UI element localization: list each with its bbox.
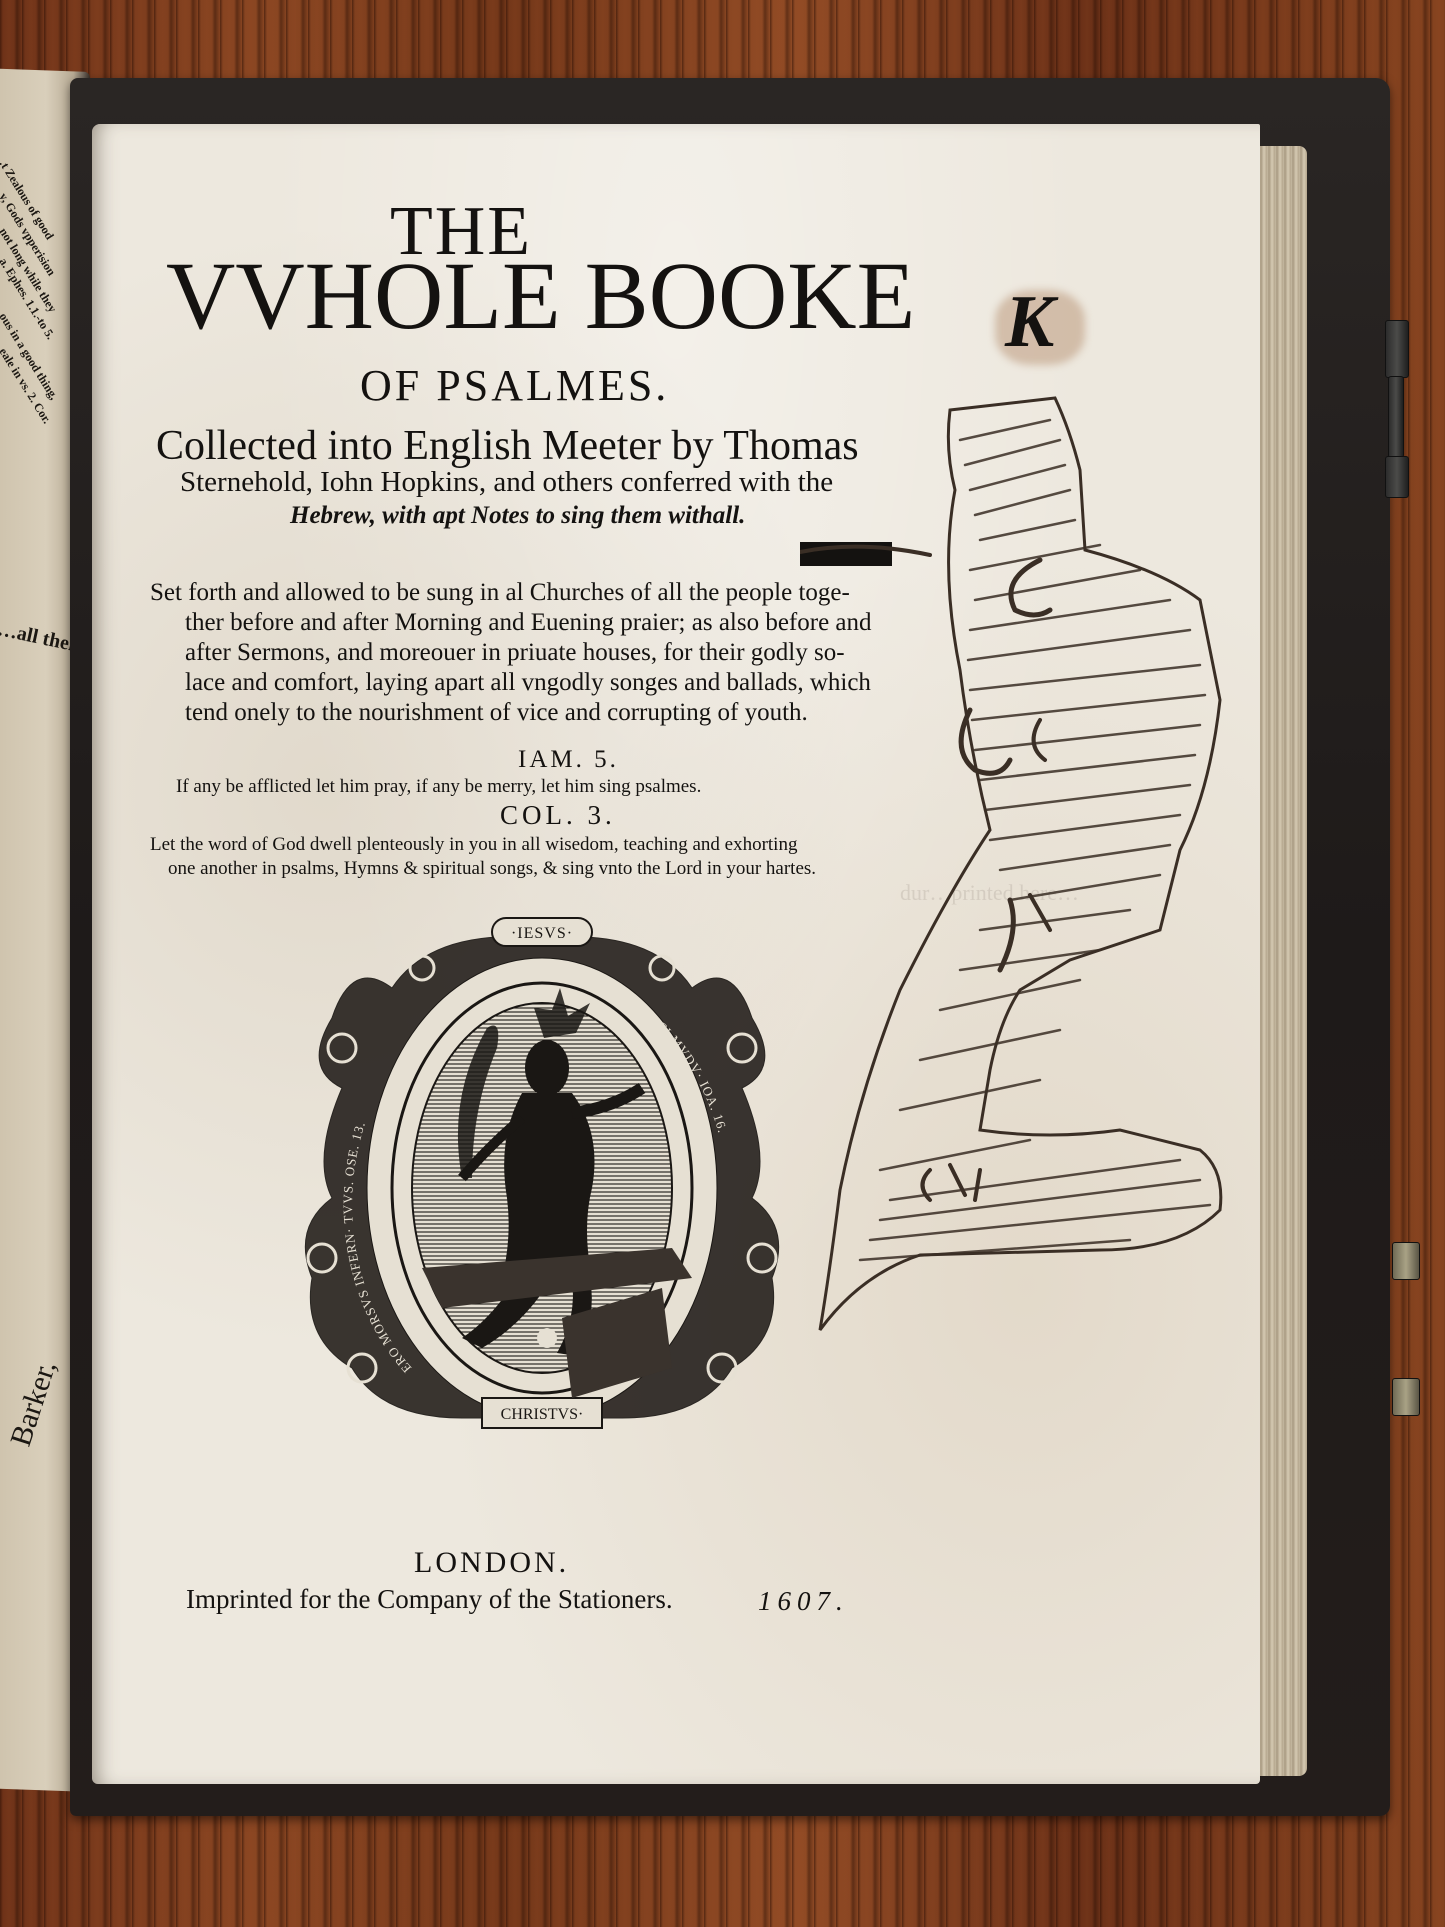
citation-james-text: If any be afflicted let him pray, if any… (176, 776, 701, 798)
svg-text:CHRISTVS·: CHRISTVS· (501, 1406, 584, 1423)
margin-ink-drawing (800, 370, 1260, 1450)
signature-mark: K (1005, 280, 1054, 365)
subtitle-line-1: Collected into English Meeter by Thomas (156, 422, 859, 470)
title-line-of-psalmes: OF PSALMES. (360, 360, 669, 411)
clasp-catch-icon (1392, 1242, 1420, 1280)
paragraph-line: lace and comfort, laying apart all vngod… (185, 668, 871, 698)
handwriting-scribble-icon (800, 370, 1260, 1450)
imprint-place: LONDON. (414, 1546, 569, 1580)
resurrection-woodcut-icon: ERO MORSVS INFERN· TVVS. OSE. 13. CONFID… (272, 898, 812, 1458)
clasp-icon (1385, 456, 1409, 498)
citation-colossians-text-2: one another in psalms, Hymns & spiritual… (168, 858, 816, 880)
citation-colossians-text-1: Let the word of God dwell plenteously in… (150, 834, 797, 856)
imprint-year: 1607. (758, 1586, 849, 1617)
photo-scene: …t Zealous of good …y, Gods vpperision …… (0, 0, 1445, 1927)
woodcut-device: ERO MORSVS INFERN· TVVS. OSE. 13. CONFID… (272, 898, 812, 1458)
clasp-catch-icon (1392, 1378, 1420, 1416)
subtitle-line-2: Sternehold, Iohn Hopkins, and others con… (180, 466, 833, 499)
citation-colossians-ref: COL. 3. (500, 800, 616, 831)
paragraph-line: ther before and after Morning and Euenin… (185, 608, 872, 638)
svg-text:·IESVS·: ·IESVS· (511, 925, 573, 942)
clasp-icon (1388, 376, 1404, 458)
title-line-whole-booke: VVHOLE BOOKE (166, 240, 915, 351)
paragraph-line: tend onely to the nourishment of vice an… (185, 698, 808, 728)
paragraph-line: after Sermons, and moreouer in priuate h… (185, 638, 845, 668)
paragraph-line: Set forth and allowed to be sung in al C… (150, 578, 850, 608)
imprint-line: Imprinted for the Company of the Station… (186, 1584, 673, 1615)
citation-james-ref: IAM. 5. (518, 746, 619, 774)
subtitle-line-3: Hebrew, with apt Notes to sing them with… (290, 502, 745, 530)
clasp-icon (1385, 320, 1409, 378)
